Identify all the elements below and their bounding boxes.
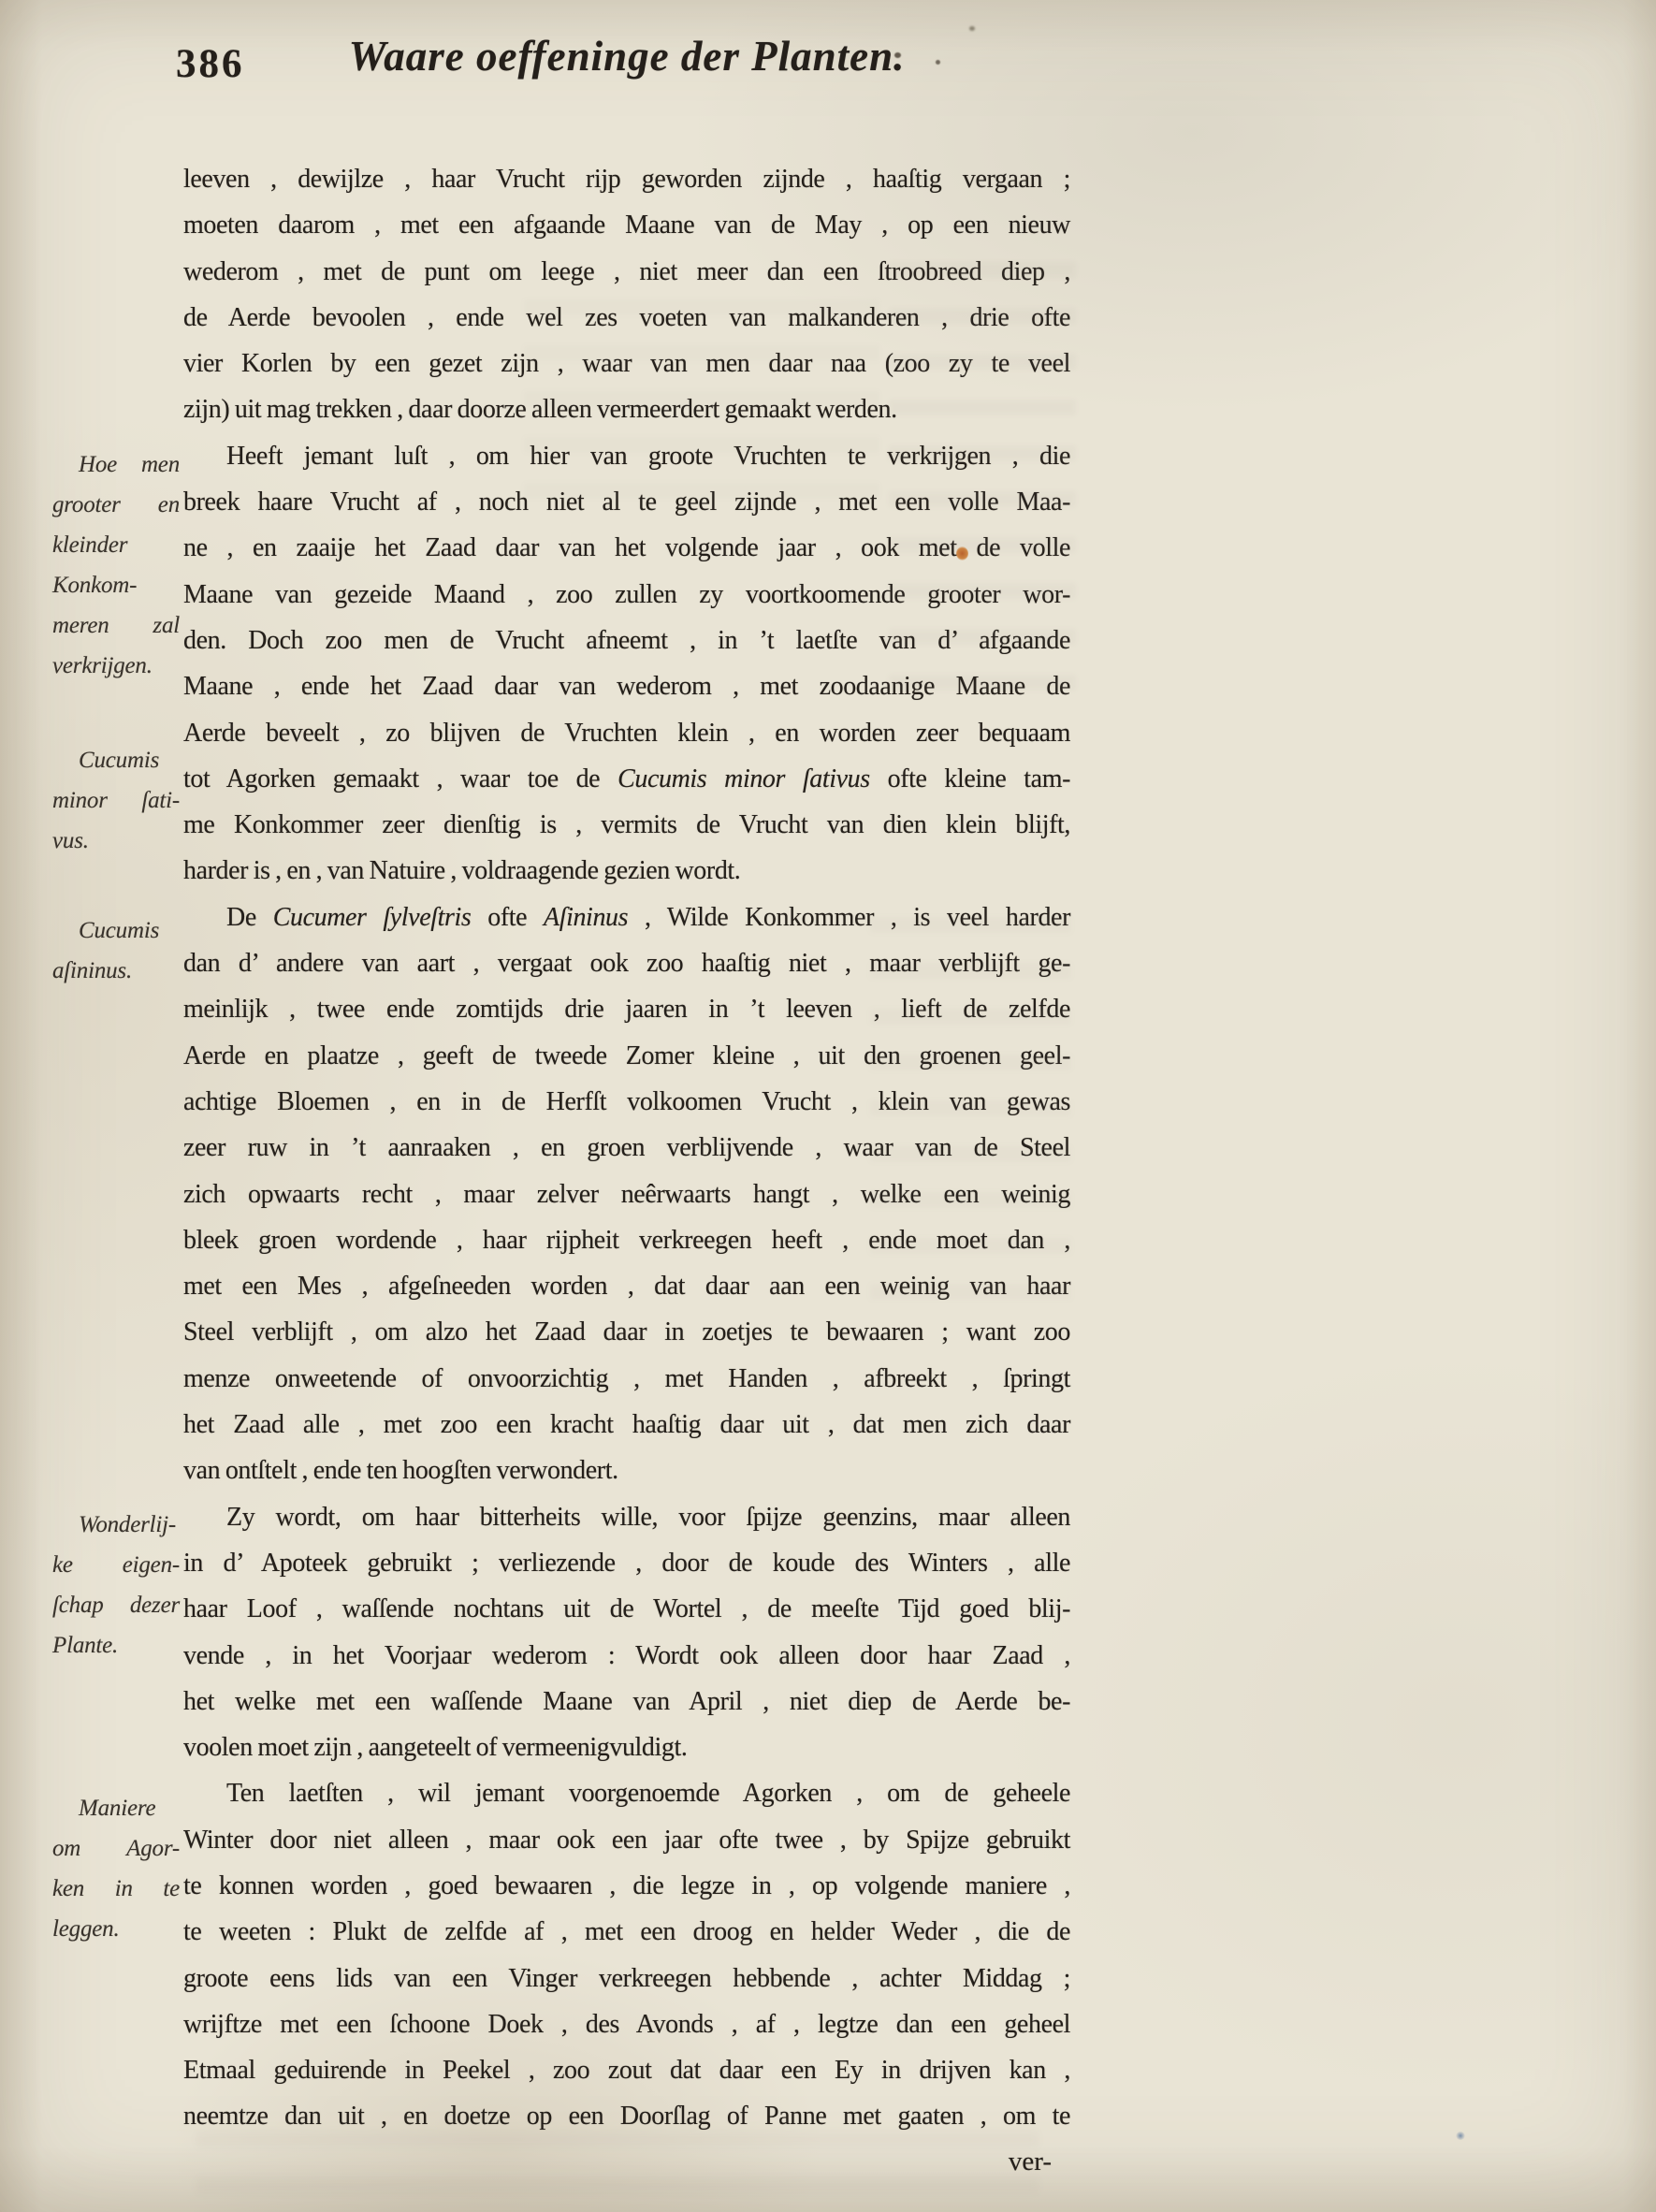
margin-note-line: Cucumis xyxy=(52,918,180,958)
text-line: zich opwaarts recht , maar zelver neêrwa… xyxy=(183,1180,1070,1226)
margin-notes: Hoe mengrooter enkleinderKonkom-meren za… xyxy=(0,0,183,2212)
margin-note-line: meren zal xyxy=(52,613,180,653)
margin-note-line: grooter en xyxy=(52,492,180,532)
text-line: meinlijk , twee ende zomtijds drie jaare… xyxy=(183,995,1070,1041)
text-line: me Konkommer zeer dienſtig is , vermits … xyxy=(183,810,1070,856)
text-line: haar Loof , waſſende nochtans uit de Wor… xyxy=(183,1594,1070,1640)
text-line: vier Korlen by een gezet zijn , waar van… xyxy=(183,349,1070,395)
margin-note: Hoe mengrooter enkleinderKonkom-meren za… xyxy=(52,452,180,693)
text-line: bleek groen wordende , haar rijpheit ver… xyxy=(183,1226,1070,1272)
body-text: leeven , dewijlze , haar Vrucht rijp gew… xyxy=(183,165,1070,2148)
ink-speck xyxy=(969,26,975,31)
text-line: Zy wordt, om haar bitterheits wille, voo… xyxy=(183,1503,1070,1549)
text-line: te weeten : Plukt de zelfde af , met een… xyxy=(183,1917,1070,1963)
text-line: met een Mes , afgeſneeden worden , dat d… xyxy=(183,1272,1070,1317)
running-header: Waare oeffeninge der Planten. xyxy=(183,32,1070,80)
margin-note-line: Plante. xyxy=(52,1633,180,1673)
margin-note: Cucumisaſininus. xyxy=(52,918,180,998)
text-line: in d’ Apoteek gebruikt ; verliezende , d… xyxy=(183,1549,1070,1594)
text-line: breek haare Vrucht af , noch niet al te … xyxy=(183,488,1070,533)
text-line: wrijftze met een ſchoone Doek , des Avon… xyxy=(183,2010,1070,2056)
text-line: van ontſtelt , ende ten hoogſten verwond… xyxy=(183,1456,1070,1502)
catchword: ver- xyxy=(183,2147,1052,2177)
text-line: zeer ruw in ’t aanraaken , en groen verb… xyxy=(183,1133,1070,1179)
text-line: Aerde beveelt , zo blijven de Vruchten k… xyxy=(183,719,1070,764)
margin-note-line: verkrijgen. xyxy=(52,653,180,693)
margin-note-line: ſchap dezer xyxy=(52,1593,180,1633)
text-line: Winter door niet alleen , maar ook een j… xyxy=(183,1826,1070,1871)
margin-note-line: vus. xyxy=(52,828,180,868)
text-line: Aerde en plaatze , geeft de tweede Zomer… xyxy=(183,1041,1070,1087)
text-line: den. Doch zoo men de Vrucht afneemt , in… xyxy=(183,626,1070,672)
margin-note-line: Maniere xyxy=(52,1796,180,1836)
text-line: moeten daarom , met een afgaande Maane v… xyxy=(183,211,1070,256)
text-line: zijn) uit mag trekken , daar doorze alle… xyxy=(183,395,1070,441)
text-line: het Zaad alle , met zoo een kracht haaſt… xyxy=(183,1410,1070,1456)
margin-note-line: Cucumis xyxy=(52,748,180,788)
text-line: De Cucumer ſylveſtris ofte Aſininus , Wi… xyxy=(183,903,1070,949)
text-line: te konnen worden , goed bewaaren , die l… xyxy=(183,1871,1070,1917)
book-page-scan: 386 Waare oeffeninge der Planten. Hoe me… xyxy=(0,0,1656,2212)
text-line: Maane , ende het Zaad daar van wederom ,… xyxy=(183,672,1070,718)
text-line: Ten laetſten , wil jemant voorgenoemde A… xyxy=(183,1779,1070,1825)
text-line: Maane van gezeide Maand , zoo zullen zy … xyxy=(183,580,1070,626)
text-line: het welke met een waſſende Maane van Apr… xyxy=(183,1687,1070,1733)
margin-note-line: Wonderlij- xyxy=(52,1512,180,1552)
text-line: harder is , en , van Natuire , voldraage… xyxy=(183,856,1070,902)
text-line: wederom , met de punt om leege , niet me… xyxy=(183,257,1070,303)
margin-note: Wonderlij-ke eigen-ſchap dezerPlante. xyxy=(52,1512,180,1673)
margin-note-line: Konkom- xyxy=(52,573,180,613)
text-line: de Aerde bevoolen , ende wel zes voeten … xyxy=(183,303,1070,349)
margin-note-line: ken in te xyxy=(52,1876,180,1916)
margin-note-line: kleinder xyxy=(52,532,180,573)
margin-note-line: leggen. xyxy=(52,1916,180,1957)
text-line: Heeft jemant luſt , om hier van groote V… xyxy=(183,442,1070,488)
blue-mark xyxy=(1456,2132,1465,2140)
text-line: Etmaal geduirende in Peekel , zoo zout d… xyxy=(183,2056,1070,2102)
text-line: voolen moet zijn , aangeteelt of vermeen… xyxy=(183,1733,1070,1779)
text-line: Steel verblijft , om alzo het Zaad daar … xyxy=(183,1317,1070,1363)
text-line: achtige Bloemen , en in de Herfſt volkoo… xyxy=(183,1087,1070,1133)
text-line: neemtze dan uit , en doetze op een Doorſ… xyxy=(183,2102,1070,2147)
margin-note-line: minor ſati- xyxy=(52,788,180,828)
margin-note-line: om Agor- xyxy=(52,1836,180,1876)
text-line: leeven , dewijlze , haar Vrucht rijp gew… xyxy=(183,165,1070,211)
margin-note: Cucumisminor ſati-vus. xyxy=(52,748,180,868)
text-line: groote eens lids van een Vinger verkreeg… xyxy=(183,1964,1070,2010)
margin-note-line: ke eigen- xyxy=(52,1552,180,1593)
margin-note: Maniereom Agor-ken in teleggen. xyxy=(52,1796,180,1957)
text-line: vende , in het Voorjaar wederom : Wordt … xyxy=(183,1641,1070,1687)
text-line: dan d’ andere van aart , vergaat ook zoo… xyxy=(183,949,1070,995)
text-line: tot Agorken gemaakt , waar toe de Cucumi… xyxy=(183,764,1070,810)
margin-note-line: Hoe men xyxy=(52,452,180,492)
text-line: menze onweetende of onvoorzichtig , met … xyxy=(183,1364,1070,1410)
text-line: ne , en zaaije het Zaad daar van het vol… xyxy=(183,533,1070,579)
margin-note-line: aſininus. xyxy=(52,958,180,998)
